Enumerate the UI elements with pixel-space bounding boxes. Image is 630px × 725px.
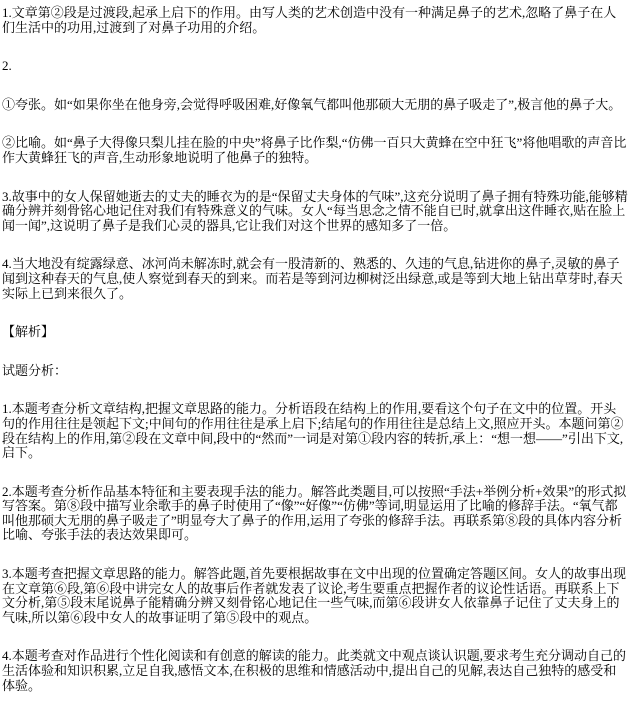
analysis-paragraph-3: 3.本题考查把握文章思路的能力。解答此题,首先要根据故事在文中出现的位置确定答题… [2, 567, 628, 625]
answer-paragraph-1: 1.文章第②段是过渡段,起承上启下的作用。由写人类的艺术创造中没有一种满足鼻子的… [2, 6, 628, 35]
analysis-paragraph-1: 1.本题考查分析文章结构,把握文章思路的能力。分析语段在结构上的作用,要看这个句… [2, 402, 628, 460]
analysis-paragraph-2: 2.本题考查分析作品基本特征和主要表现手法的能力。解答此类题目,可以按照“手法+… [2, 485, 628, 543]
analysis-paragraph-4: 4.本题考查对作品进行个性化阅读和有创意的解读的能力。此类就文中观点谈认识题,要… [2, 649, 628, 693]
document-page: 1.文章第②段是过渡段,起承上启下的作用。由写人类的艺术创造中没有一种满足鼻子的… [0, 0, 630, 703]
analysis-subheader: 试题分析： [2, 364, 628, 379]
answer-2-subitem-metaphor: ②比喻。如“鼻子大得像只梨儿挂在脸的中央”将鼻子比作梨,“仿佛一百只大黄蜂在空中… [2, 136, 628, 165]
answer-2-subitem-exaggeration: ①夸张。如“如果你坐在他身旁,会觉得呼吸困难,好像氧气都叫他那硕大无朋的鼻子吸走… [2, 98, 628, 113]
analysis-header: 【解析】 [2, 325, 628, 340]
answer-number-2: 2. [2, 59, 628, 74]
answer-paragraph-4: 4.当大地没有绽露绿意、冰河尚未解冻时,就会有一股清新的、熟悉的、久违的气息,钻… [2, 257, 628, 301]
answer-paragraph-3: 3.故事中的女人保留她逝去的丈夫的睡衣为的是“保留丈夫身体的气味”,这充分说明了… [2, 190, 628, 234]
